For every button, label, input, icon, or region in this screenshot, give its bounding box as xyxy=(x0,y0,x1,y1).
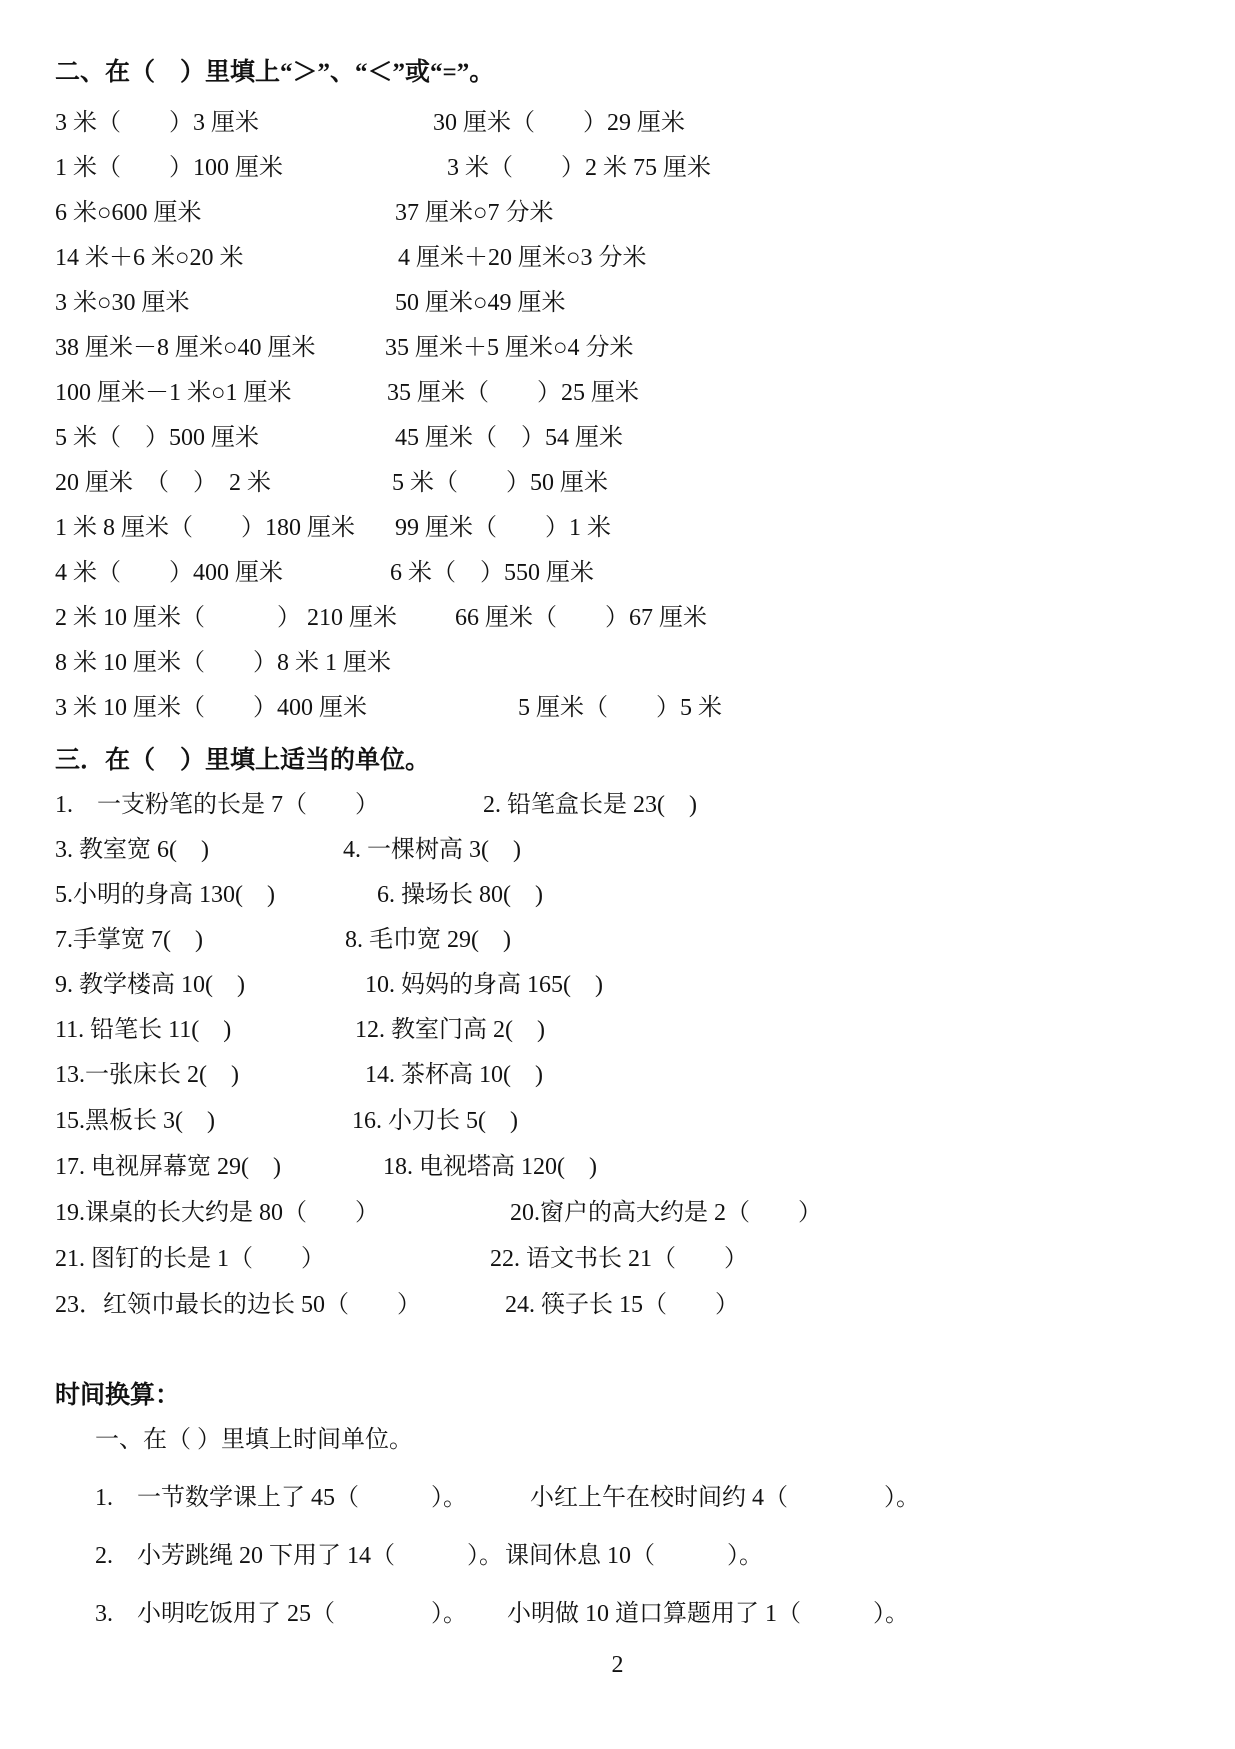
compare-row: 14 米＋6 米○20 米 4 厘米＋20 厘米○3 分米 xyxy=(0,241,1235,275)
compare-left: 3 米○30 厘米 xyxy=(55,286,190,320)
compare-left: 3 米 10 厘米（ ）400 厘米 xyxy=(55,691,367,725)
compare-right: 5 厘米（ ）5 米 xyxy=(518,691,722,725)
compare-right: 66 厘米（ ）67 厘米 xyxy=(455,601,707,635)
unit-row: 5.小明的身高 130( ) 6. 操场长 80( ) xyxy=(0,878,1235,912)
compare-right: 35 厘米（ ）25 厘米 xyxy=(387,376,639,410)
compare-row: 6 米○600 厘米 37 厘米○7 分米 xyxy=(0,196,1235,230)
unit-left: 21. 图钉的长是 1（ ） xyxy=(55,1242,325,1276)
unit-right: 22. 语文书长 21（ ） xyxy=(490,1242,748,1276)
compare-row: 2 米 10 厘米（ ） 210 厘米 66 厘米（ ）67 厘米 xyxy=(0,601,1235,635)
time-row: 2. 小芳跳绳 20 下用了 14（ ）。 课间休息 10（ ）。 xyxy=(0,1539,1235,1573)
unit-right: 14. 茶杯高 10( ) xyxy=(365,1058,543,1092)
compare-right: 3 米（ ）2 米 75 厘米 xyxy=(447,151,711,185)
unit-left: 19.课桌的长大约是 80（ ） xyxy=(55,1196,379,1230)
unit-row: 19.课桌的长大约是 80（ ） 20.窗户的高大约是 2（ ） xyxy=(0,1196,1235,1230)
compare-row: 20 厘米 （ ） 2 米 5 米（ ）50 厘米 xyxy=(0,466,1235,500)
compare-row: 8 米 10 厘米（ ）8 米 1 厘米 xyxy=(0,646,1235,680)
time-section-subtitle-row: 一、在（ ）里填上时间单位。 xyxy=(0,1423,1235,1457)
compare-left: 4 米（ ）400 厘米 xyxy=(55,556,283,590)
compare-left: 3 米（ ）3 厘米 xyxy=(55,106,259,140)
unit-right: 4. 一棵树高 3( ) xyxy=(343,833,521,867)
compare-left: 38 厘米－8 厘米○40 厘米 xyxy=(55,331,316,365)
time-section-title-row: 时间换算： xyxy=(0,1379,1235,1413)
unit-right: 10. 妈妈的身高 165( ) xyxy=(365,968,603,1002)
unit-left: 1. 一支粉笔的长是 7（ ） xyxy=(55,788,379,822)
unit-row: 15.黑板长 3( ) 16. 小刀长 5( ) xyxy=(0,1104,1235,1138)
compare-right: 37 厘米○7 分米 xyxy=(395,196,554,230)
compare-right: 6 米（ ）550 厘米 xyxy=(390,556,594,590)
unit-right: 18. 电视塔高 120( ) xyxy=(383,1150,597,1184)
time-row: 1. 一节数学课上了 45（ ）。 小红上午在校时间约 4（ ）。 xyxy=(0,1481,1235,1515)
unit-left: 3. 教室宽 6( ) xyxy=(55,833,209,867)
compare-left: 100 厘米－1 米○1 厘米 xyxy=(55,376,292,410)
compare-row: 4 米（ ）400 厘米 6 米（ ）550 厘米 xyxy=(0,556,1235,590)
unit-row: 23．红领巾最长的边长 50（ ） 24. 筷子长 15（ ） xyxy=(0,1288,1235,1322)
unit-left: 13.一张床长 2( ) xyxy=(55,1058,239,1092)
unit-left: 15.黑板长 3( ) xyxy=(55,1104,215,1138)
worksheet-page: 二、在（ ）里填上“＞”、“＜”或“=”。 3 米（ ）3 厘米 30 厘米（ … xyxy=(0,0,1235,1749)
unit-row: 9. 教学楼高 10( ) 10. 妈妈的身高 165( ) xyxy=(0,968,1235,1002)
compare-row: 1 米（ ）100 厘米 3 米（ ）2 米 75 厘米 xyxy=(0,151,1235,185)
unit-left: 23．红领巾最长的边长 50（ ） xyxy=(55,1288,421,1322)
compare-left: 1 米 8 厘米（ ）180 厘米 xyxy=(55,511,355,545)
unit-right: 20.窗户的高大约是 2（ ） xyxy=(510,1196,822,1230)
unit-row: 17. 电视屏幕宽 29( ) 18. 电视塔高 120( ) xyxy=(0,1150,1235,1184)
unit-left: 7.手掌宽 7( ) xyxy=(55,923,203,957)
compare-right: 4 厘米＋20 厘米○3 分米 xyxy=(398,241,647,275)
time-row: 3. 小明吃饭用了 25（ ）。 小明做 10 道口算题用了 1（ ）。 xyxy=(0,1597,1235,1631)
compare-section-title-row: 二、在（ ）里填上“＞”、“＜”或“=”。 xyxy=(0,56,1235,90)
compare-right: 30 厘米（ ）29 厘米 xyxy=(433,106,685,140)
unit-left: 11. 铅笔长 11( ) xyxy=(55,1013,231,1047)
unit-row: 11. 铅笔长 11( ) 12. 教室门高 2( ) xyxy=(0,1013,1235,1047)
unit-row: 21. 图钉的长是 1（ ） 22. 语文书长 21（ ） xyxy=(0,1242,1235,1276)
page-number: 2 xyxy=(0,1650,1235,1680)
unit-row: 3. 教室宽 6( ) 4. 一棵树高 3( ) xyxy=(0,833,1235,867)
compare-left: 1 米（ ）100 厘米 xyxy=(55,151,283,185)
compare-right: 35 厘米＋5 厘米○4 分米 xyxy=(385,331,634,365)
time-section-subtitle: 一、在（ ）里填上时间单位。 xyxy=(95,1423,413,1457)
compare-row: 5 米（ ）500 厘米 45 厘米（ ）54 厘米 xyxy=(0,421,1235,455)
unit-right: 2. 铅笔盒长是 23( ) xyxy=(483,788,697,822)
compare-right: 99 厘米（ ）1 米 xyxy=(395,511,611,545)
unit-right: 16. 小刀长 5( ) xyxy=(352,1104,518,1138)
units-section-title-row: 三．在（ ）里填上适当的单位。 xyxy=(0,744,1235,778)
time-left: 2. 小芳跳绳 20 下用了 14（ ）。 xyxy=(95,1539,503,1573)
unit-row: 13.一张床长 2( ) 14. 茶杯高 10( ) xyxy=(0,1058,1235,1092)
time-right: 小红上午在校时间约 4（ ）。 xyxy=(530,1481,920,1515)
time-right: 课间休息 10（ ）。 xyxy=(505,1539,763,1573)
compare-left: 20 厘米 （ ） 2 米 xyxy=(55,466,271,500)
compare-row: 38 厘米－8 厘米○40 厘米 35 厘米＋5 厘米○4 分米 xyxy=(0,331,1235,365)
time-section-title: 时间换算： xyxy=(55,1379,180,1413)
unit-left: 17. 电视屏幕宽 29( ) xyxy=(55,1150,281,1184)
compare-row: 100 厘米－1 米○1 厘米 35 厘米（ ）25 厘米 xyxy=(0,376,1235,410)
unit-right: 8. 毛巾宽 29( ) xyxy=(345,923,511,957)
unit-left: 9. 教学楼高 10( ) xyxy=(55,968,245,1002)
compare-row: 3 米○30 厘米 50 厘米○49 厘米 xyxy=(0,286,1235,320)
units-section-title: 三．在（ ）里填上适当的单位。 xyxy=(55,744,430,778)
compare-section-title: 二、在（ ）里填上“＞”、“＜”或“=”。 xyxy=(55,56,494,90)
time-left: 3. 小明吃饭用了 25（ ）。 xyxy=(95,1597,467,1631)
unit-right: 6. 操场长 80( ) xyxy=(377,878,543,912)
compare-left: 2 米 10 厘米（ ） 210 厘米 xyxy=(55,601,397,635)
unit-left: 5.小明的身高 130( ) xyxy=(55,878,275,912)
compare-right: 50 厘米○49 厘米 xyxy=(395,286,566,320)
time-left: 1. 一节数学课上了 45（ ）。 xyxy=(95,1481,467,1515)
compare-left: 6 米○600 厘米 xyxy=(55,196,202,230)
compare-left: 14 米＋6 米○20 米 xyxy=(55,241,244,275)
unit-right: 24. 筷子长 15（ ） xyxy=(505,1288,739,1322)
compare-row: 3 米（ ）3 厘米 30 厘米（ ）29 厘米 xyxy=(0,106,1235,140)
unit-row: 1. 一支粉笔的长是 7（ ） 2. 铅笔盒长是 23( ) xyxy=(0,788,1235,822)
compare-row: 3 米 10 厘米（ ）400 厘米 5 厘米（ ）5 米 xyxy=(0,691,1235,725)
compare-right: 45 厘米（ ）54 厘米 xyxy=(395,421,623,455)
unit-right: 12. 教室门高 2( ) xyxy=(355,1013,545,1047)
compare-left: 5 米（ ）500 厘米 xyxy=(55,421,259,455)
time-right: 小明做 10 道口算题用了 1（ ）。 xyxy=(507,1597,909,1631)
compare-right: 5 米（ ）50 厘米 xyxy=(392,466,608,500)
unit-row: 7.手掌宽 7( ) 8. 毛巾宽 29( ) xyxy=(0,923,1235,957)
compare-row: 1 米 8 厘米（ ）180 厘米 99 厘米（ ）1 米 xyxy=(0,511,1235,545)
compare-left: 8 米 10 厘米（ ）8 米 1 厘米 xyxy=(55,646,391,680)
